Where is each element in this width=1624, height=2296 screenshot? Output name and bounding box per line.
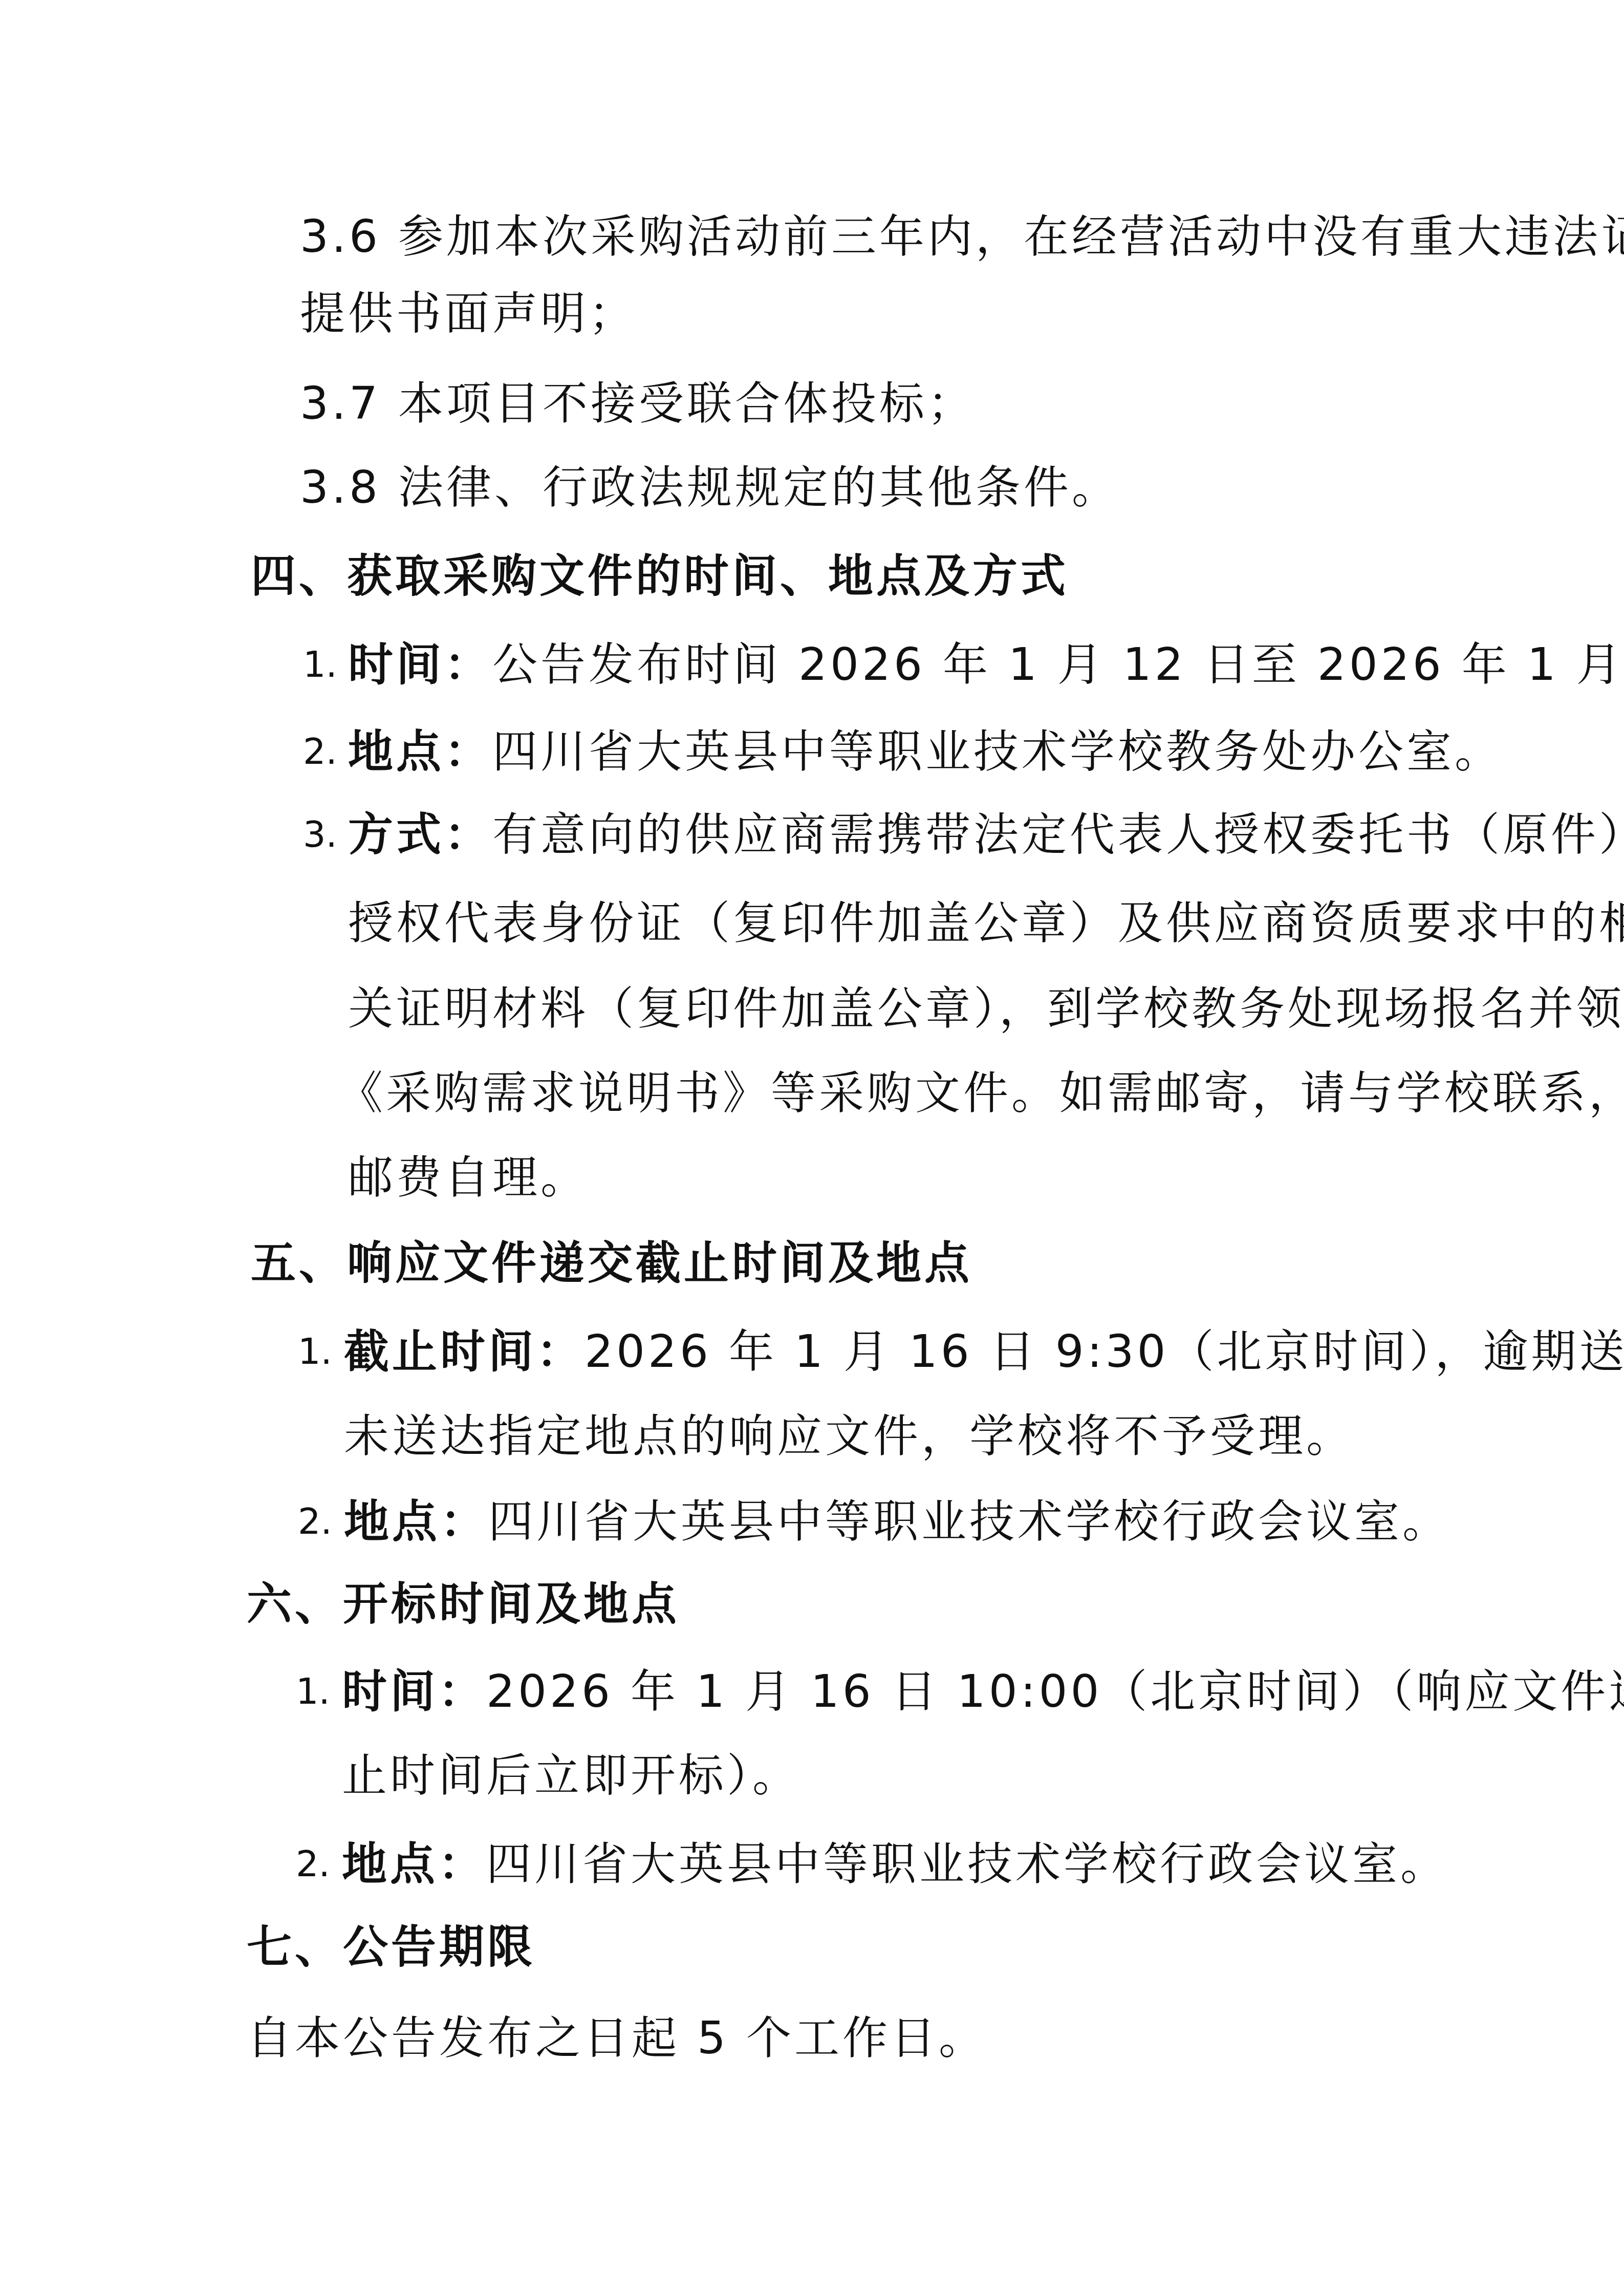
item-text: 地点：四川省大英县中等职业技术学校行政会议室。 — [344, 1496, 1450, 1547]
section-7-heading: 七、公告期限 — [247, 1921, 535, 1972]
item-text: 地点：四川省大英县中等职业技术学校行政会议室。 — [342, 1838, 1448, 1890]
section-6-heading: 六、开标时间及地点 — [247, 1578, 680, 1629]
item-body: 2026 年 1 月 16 日 9:30（北京时间），逾期送达的或 — [584, 1325, 1624, 1378]
item-label: 时间： — [348, 638, 492, 691]
item-3-6-line-2: 提供书面声明； — [300, 288, 637, 339]
item-body: 四川省大英县中等职业技术学校行政会议室。 — [488, 1495, 1450, 1548]
item-body-continued: 止时间后立即开标）。 — [342, 1750, 800, 1801]
item-label: 地点： — [342, 1837, 486, 1890]
item-text: 时间：公告发布时间 2026 年 1 月 12 日至 2026 年 1 月 16… — [348, 639, 1624, 690]
item-number: 2. — [298, 1496, 332, 1547]
section-4-heading: 四、获取采购文件的时间、地点及方式 — [251, 550, 1069, 602]
item-3-8: 3.8 法律、行政法规规定的其他条件。 — [300, 462, 1120, 513]
item-body: 有意向的供应商需携带法定代表人授权委托书（原件）、 — [492, 808, 1624, 861]
item-body-continued: 未送达指定地点的响应文件，学校将不予受理。 — [344, 1410, 1354, 1462]
item-body: 公告发布时间 2026 年 1 月 12 日至 2026 年 1 月 16 日。 — [492, 638, 1624, 691]
item-body-continued: 《采购需求说明书》等采购文件。如需邮寄，请与学校联系， — [338, 1067, 1624, 1119]
item-body-continued: 关证明材料（复印件加盖公章），到学校教务处现场报名并领取 — [348, 983, 1624, 1034]
item-label: 地点： — [348, 725, 492, 778]
item-label: 方式： — [348, 808, 492, 861]
item-text: 地点：四川省大英县中等职业技术学校教务处办公室。 — [348, 726, 1503, 777]
item-number: 3. — [303, 809, 337, 860]
item-body: 四川省大英县中等职业技术学校教务处办公室。 — [492, 725, 1503, 778]
item-number: 2. — [303, 726, 337, 777]
item-number: 1. — [296, 1666, 330, 1717]
item-body: 四川省大英县中等职业技术学校行政会议室。 — [486, 1837, 1448, 1890]
item-number: 1. — [298, 1326, 332, 1377]
item-label: 时间： — [342, 1665, 486, 1718]
item-label: 地点： — [344, 1495, 488, 1548]
item-3-6-line-1: 3.6 参加本次采购活动前三年内，在经营活动中没有重大违法记录， — [300, 211, 1624, 262]
item-body: 2026 年 1 月 16 日 10:00（北京时间）（响应文件递交截 — [486, 1665, 1624, 1718]
item-body-continued: 授权代表身份证（复印件加盖公章）及供应商资质要求中的相 — [348, 897, 1624, 949]
item-body-continued: 邮费自理。 — [348, 1152, 589, 1203]
item-text: 时间：2026 年 1 月 16 日 10:00（北京时间）（响应文件递交截 — [342, 1666, 1624, 1717]
item-3-7: 3.7 本项目不接受联合体投标； — [300, 378, 976, 429]
item-number: 1. — [303, 639, 337, 690]
section-7-body: 自本公告发布之日起 5 个工作日。 — [247, 2012, 987, 2064]
item-text: 方式：有意向的供应商需携带法定代表人授权委托书（原件）、 — [348, 809, 1624, 860]
item-number: 2. — [296, 1838, 330, 1890]
item-text: 截止时间：2026 年 1 月 16 日 9:30（北京时间），逾期送达的或 — [344, 1326, 1624, 1377]
item-label: 截止时间： — [344, 1325, 584, 1378]
section-5-heading: 五、响应文件递交截止时间及地点 — [251, 1237, 972, 1289]
